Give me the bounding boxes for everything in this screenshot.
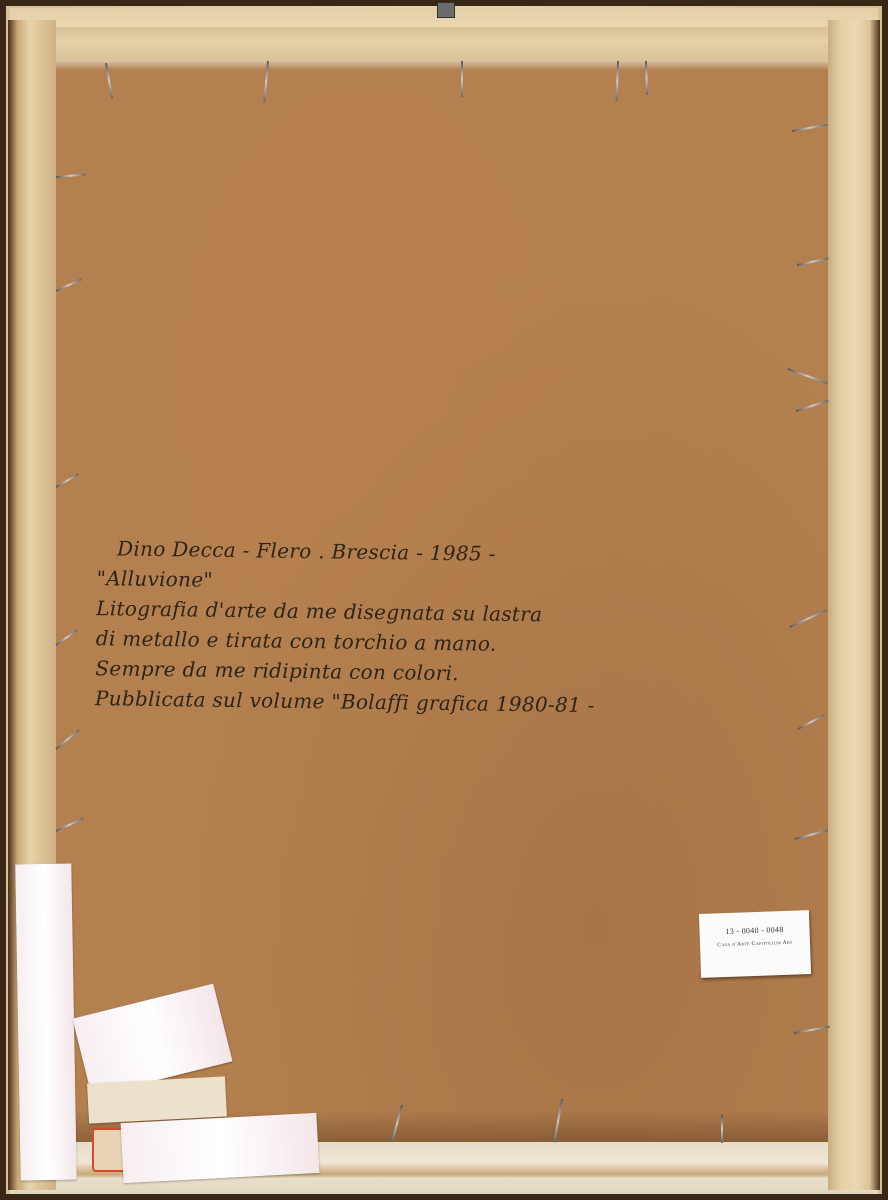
nail: [721, 1115, 723, 1143]
hanger-hook: [437, 2, 455, 18]
picture-frame: Dino Decca - Flero . Brescia - 1985 - "A…: [0, 0, 888, 1200]
tape-strip-horizontal: [121, 1113, 320, 1183]
label-lot-number: 13 - 0040 - 0048: [699, 924, 809, 937]
auction-label: 13 - 0040 - 0048 Casa d'Arte Capitolium …: [699, 910, 811, 978]
label-house-name: Casa d'Arte Capitolium Art: [700, 939, 810, 949]
board-edge-highlight: [56, 62, 828, 70]
tape-strip-beige: [87, 1076, 227, 1123]
frame-rail-right: [828, 20, 880, 1190]
tape-strip-vertical: [15, 864, 77, 1181]
handwritten-inscription: Dino Decca - Flero . Brescia - 1985 - "A…: [95, 533, 797, 723]
nail: [461, 61, 463, 97]
